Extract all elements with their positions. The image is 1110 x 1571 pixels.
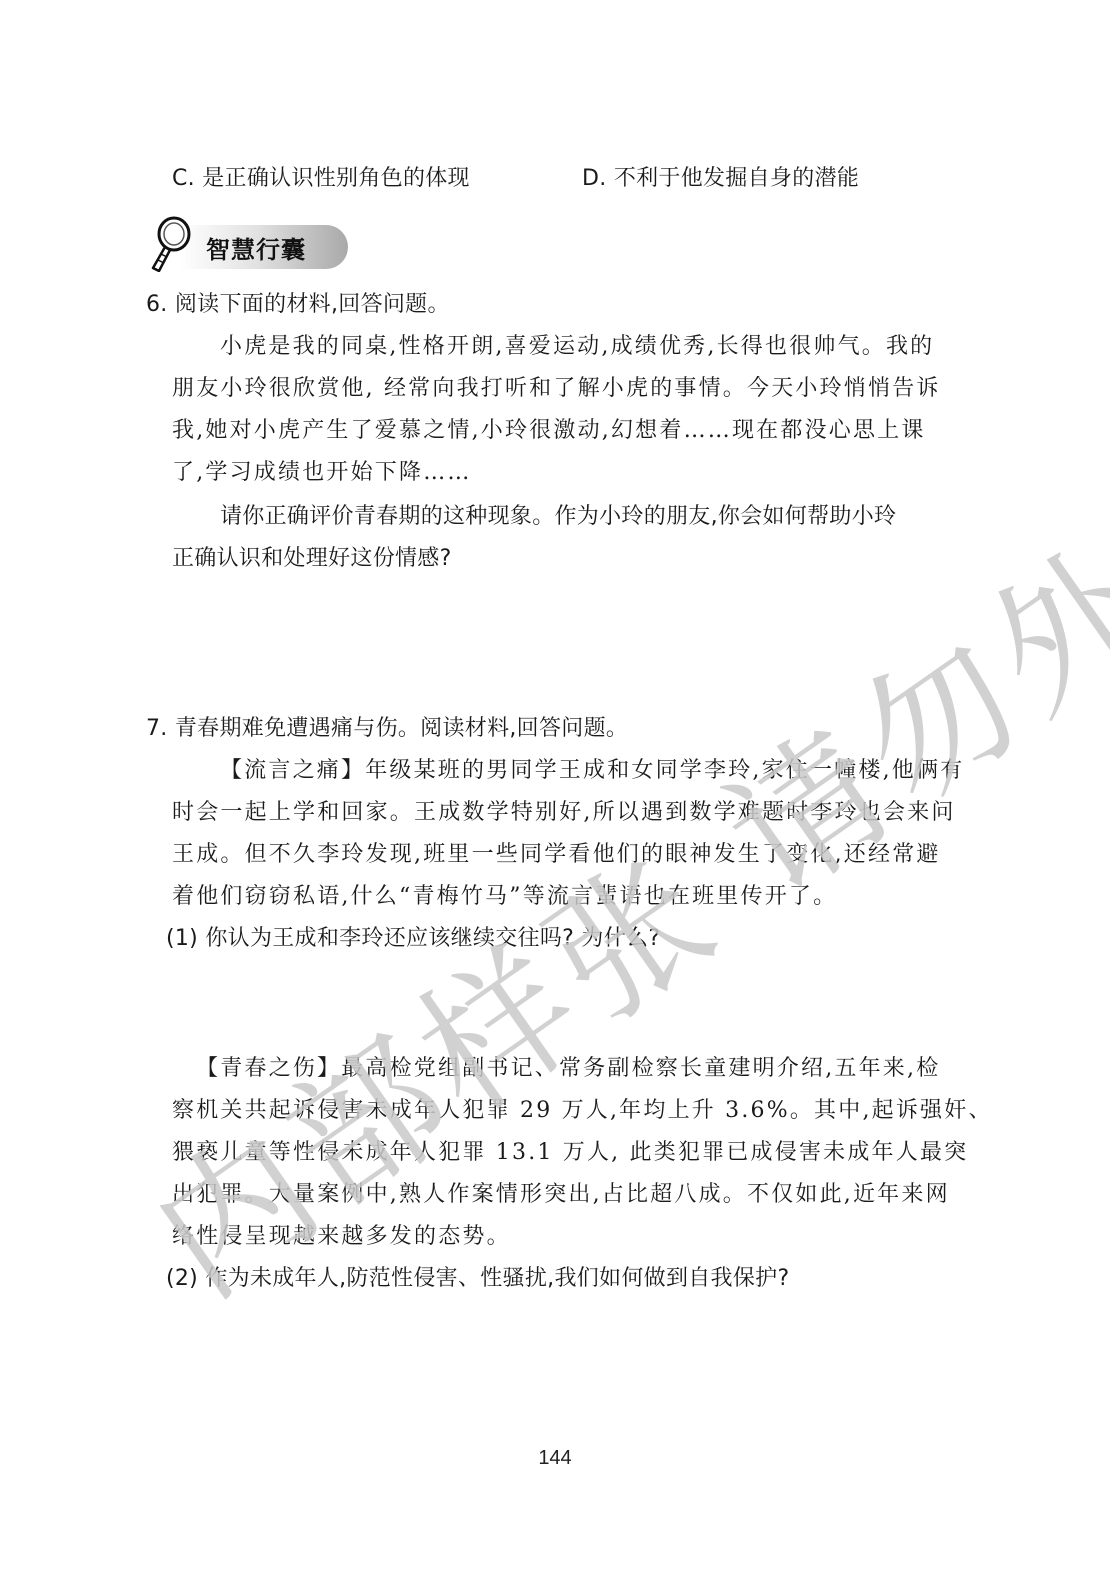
q7-material1-line: 【流言之痛】年级某班的男同学王成和女同学李玲,家住一幢楼,他俩有 (220, 756, 964, 786)
q7-prompt: 7. 青春期难免遭遇痛与伤。阅读材料,回答问题。 (146, 714, 628, 744)
q7-material1-line: 着他们窃窃私语,什么“青梅竹马”等流言蜚语也在班里传开了。 (172, 882, 837, 912)
textbook-page: C. 是正确认识性别角色的体现 D. 不利于他发掘自身的潜能 智慧行囊 6. 阅… (0, 0, 1110, 1571)
page-number: 144 (0, 1447, 1110, 1470)
q6-material-line: 小虎是我的同桌,性格开朗,喜爱运动,成绩优秀,长得也很帅气。我的 (220, 332, 934, 362)
q7-material2-line: 察机关共起诉侵害未成年人犯罪 29 万人,年均上升 3.6%。其中,起诉强奸、 (172, 1096, 993, 1126)
q7-material1-line: 王成。但不久李玲发现,班里一些同学看他们的眼神发生了变化,还经常避 (172, 840, 941, 870)
q7-sub-question-2: (2) 作为未成年人,防范性侵害、性骚扰,我们如何做到自我保护? (166, 1264, 789, 1294)
q6-question-line: 请你正确评价青春期的这种现象。作为小玲的朋友,你会如何帮助小玲 (220, 502, 896, 532)
magnifier-icon (148, 216, 208, 272)
q6-material-line: 我,她对小虎产生了爱慕之情,小玲很激动,幻想着……现在都没心思上课 (172, 416, 926, 446)
q6-material-line: 朋友小玲很欣赏他, 经常向我打听和了解小虎的事情。今天小玲悄悄告诉 (172, 374, 941, 404)
q6-prompt: 6. 阅读下面的材料,回答问题。 (146, 290, 450, 320)
q7-material2-line: 出犯罪。大量案例中,熟人作案情形突出,占比超八成。不仅如此,近年来网 (172, 1180, 950, 1210)
q6-question-line: 正确认识和处理好这份情感? (172, 544, 452, 574)
q7-material2-line: 【青春之伤】最高检党组副书记、常务副检察长童建明介绍,五年来,检 (196, 1054, 940, 1084)
q7-material2-line: 猥亵儿童等性侵未成年人犯罪 13.1 万人, 此类犯罪已成侵害未成年人最突 (172, 1138, 968, 1168)
q6-material-line: 了,学习成绩也开始下降…… (172, 458, 472, 488)
section-title: 智慧行囊 (206, 230, 306, 265)
q7-material1-line: 时会一起上学和回家。王成数学特别好,所以遇到数学难题时李玲也会来问 (172, 798, 956, 828)
q7-sub-question-1: (1) 你认为王成和李玲还应该继续交往吗? 为什么? (166, 924, 660, 954)
option-d: D. 不利于他发掘自身的潜能 (582, 164, 859, 194)
section-banner: 智慧行囊 (148, 216, 358, 272)
option-c: C. 是正确认识性别角色的体现 (172, 164, 470, 194)
q7-material2-line: 络性侵呈现越来越多发的态势。 (172, 1222, 511, 1252)
